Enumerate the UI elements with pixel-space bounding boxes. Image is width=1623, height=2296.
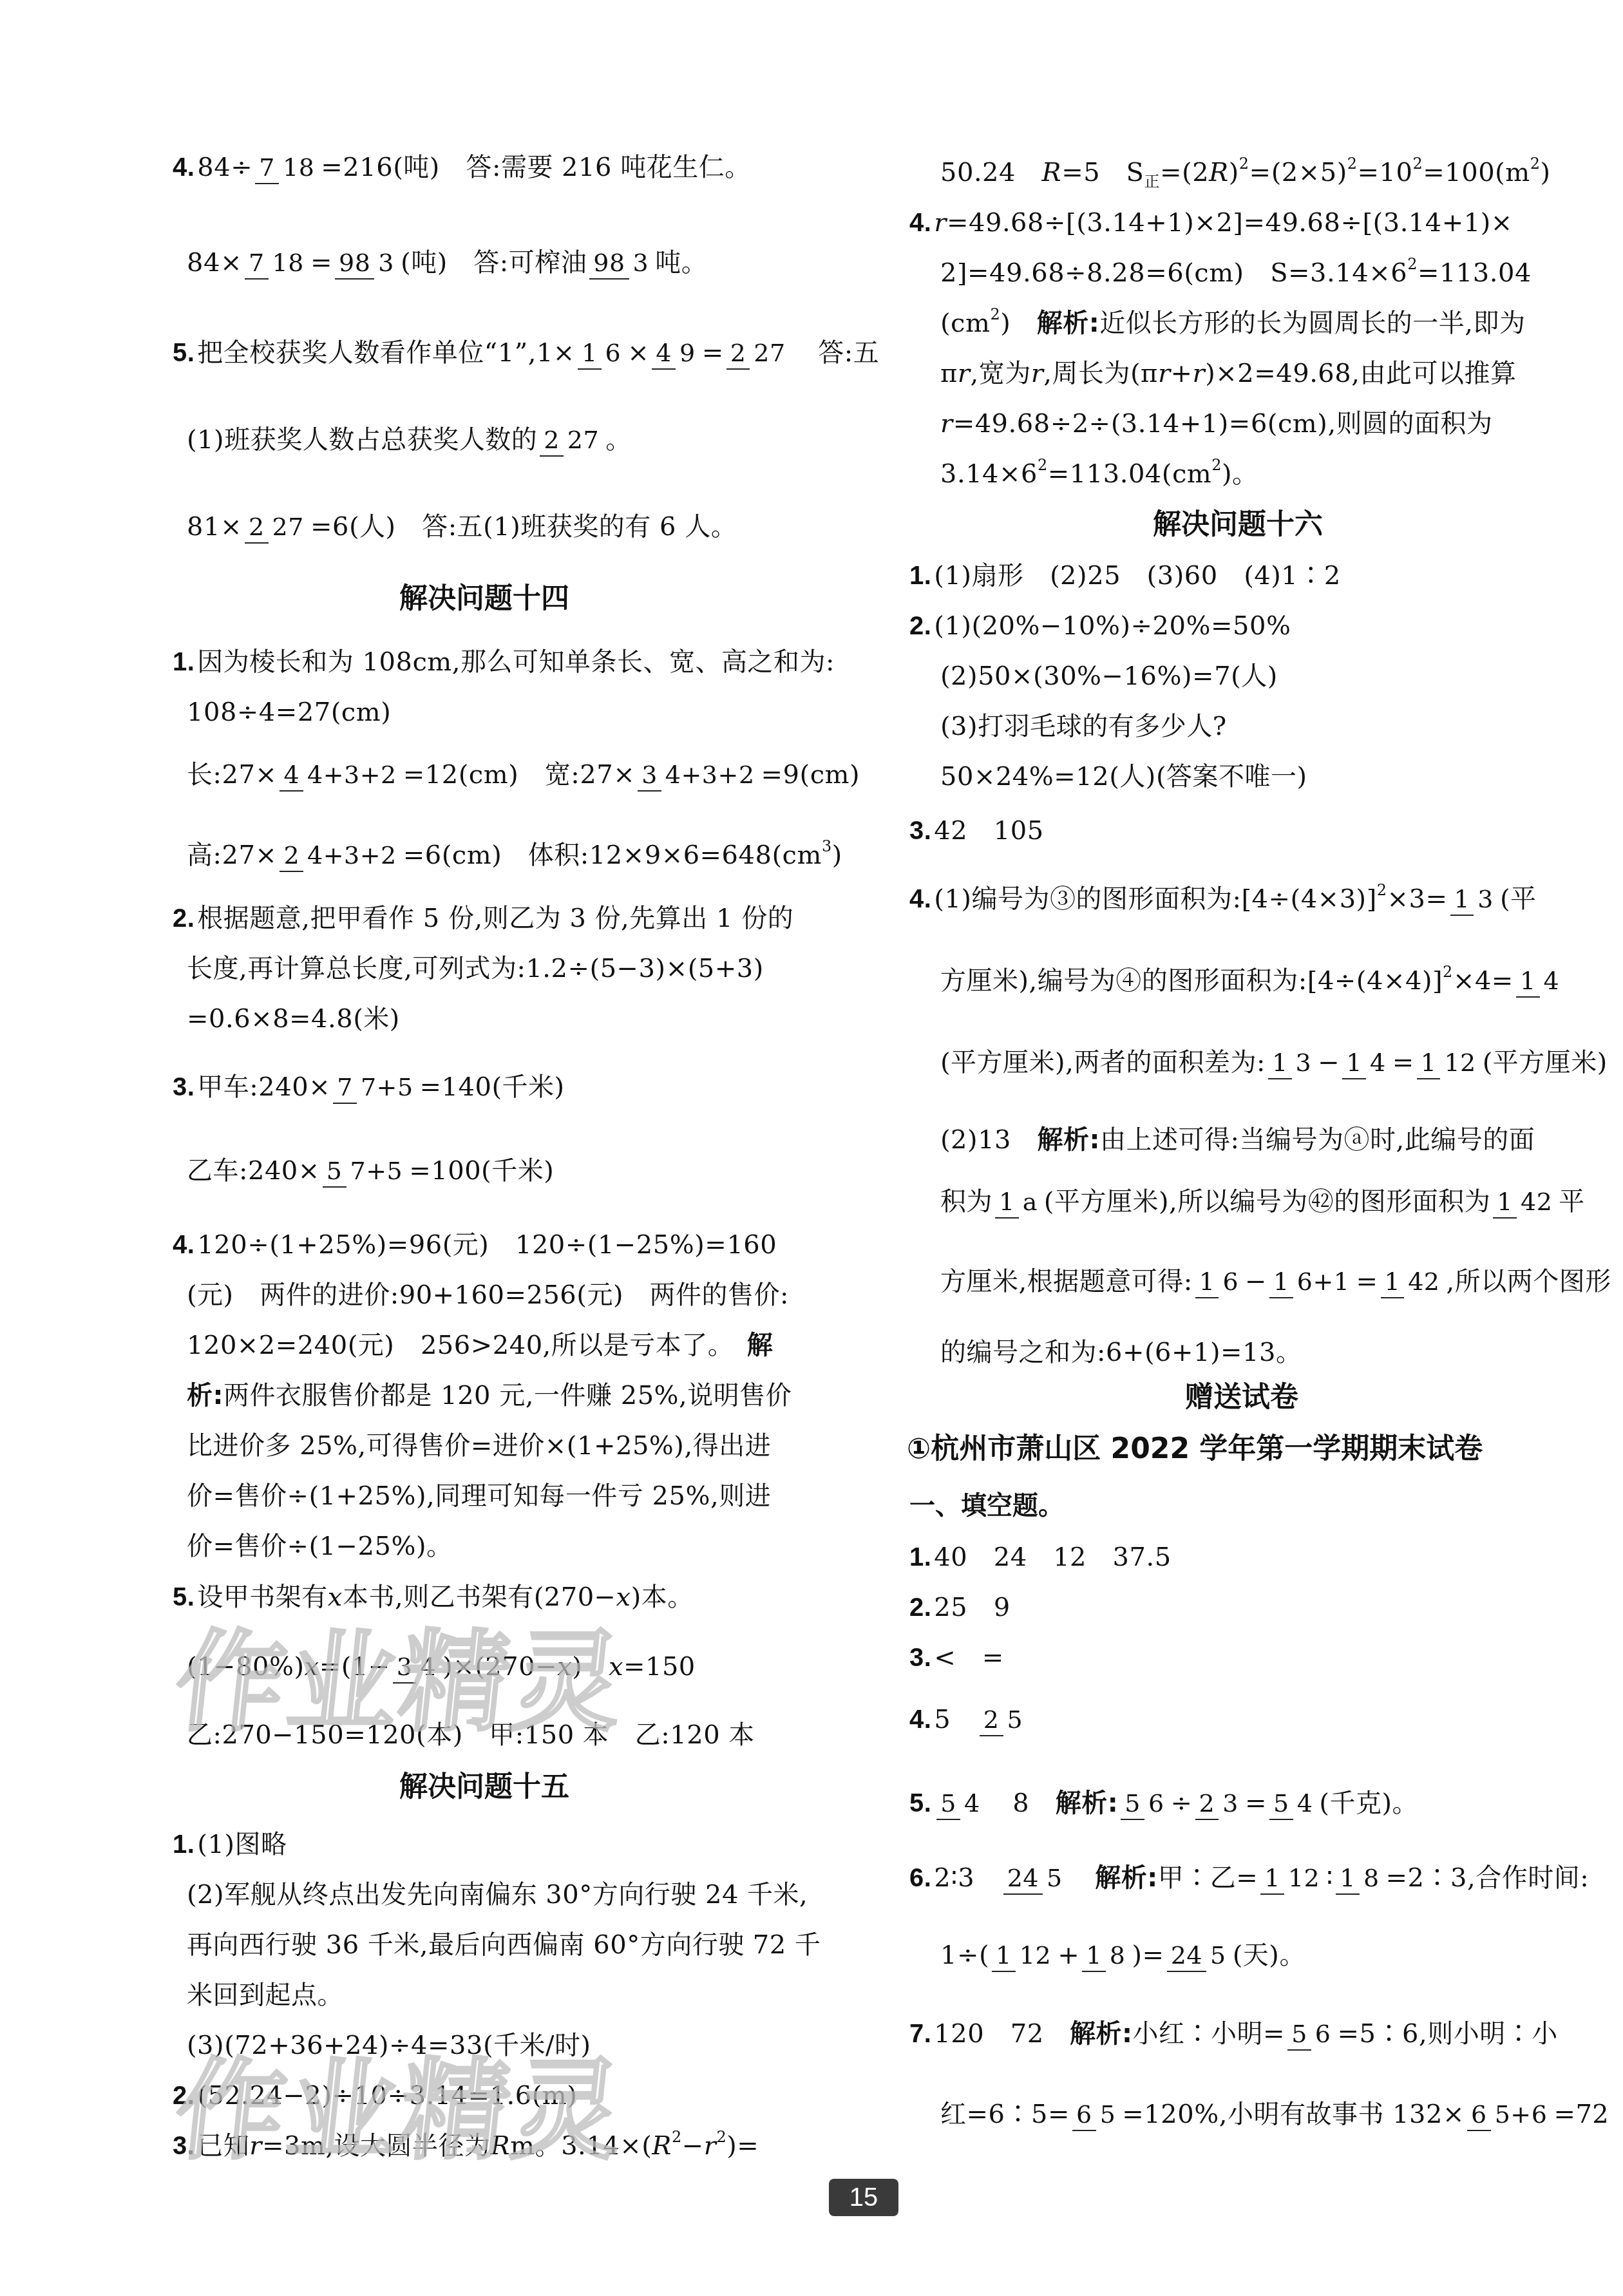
text-run: =12(cm) 宽:27× <box>403 757 635 793</box>
text-run: = <box>1245 1785 1267 1821</box>
text-run: 积为 <box>940 1184 992 1220</box>
text-run: )。 <box>1222 456 1258 492</box>
fraction-numerator: 6 <box>1467 2100 1491 2131</box>
fraction-denominator: 18 <box>269 247 308 277</box>
fraction-denominator: 8 <box>1360 1863 1383 1892</box>
math-variable: r <box>1193 356 1206 392</box>
item-number: 2. <box>909 1589 931 1626</box>
text-run: 108÷4=27(cm) <box>187 694 391 730</box>
answer-line: 方厘米),编号为④的图形面积为:[4÷(4×4)]2×4=14 <box>940 963 1566 999</box>
item-number: 2. <box>173 900 195 936</box>
text-run: 价=售价÷(1+25%),同理可知每一件亏 25%,则进 <box>187 1478 771 1514</box>
fraction-numerator: 1 <box>1381 1267 1405 1298</box>
answer-line: 2.25 9 <box>909 1589 1011 1626</box>
superscript: 2 <box>716 2119 726 2155</box>
answer-line: (1)班获奖人数占总获奖人数的227。 <box>187 422 632 458</box>
fraction-denominator: 27 <box>750 337 789 367</box>
superscript: 2 <box>1038 447 1048 483</box>
text-run: 5 <box>934 1702 976 1738</box>
answer-line: 4.r=49.68÷[(3.14+1)×2]=49.68÷[(3.14+1)× <box>909 205 1513 241</box>
text-run: 近似长方形的长为圆周长的一半,即为 <box>1099 305 1525 341</box>
fraction-numerator: 24 <box>1003 1864 1043 1895</box>
superscript: 2 <box>1211 447 1222 483</box>
fraction: 16+1 <box>1269 1267 1353 1296</box>
fraction: 112 <box>1417 1048 1480 1077</box>
fraction-denominator: 7+5 <box>346 1155 407 1185</box>
answer-line: 50×24%=12(人)(答案不唯一) <box>940 759 1307 795</box>
text-run: 因为棱长和为 108cm,那么可知单条长、宽、高之和为: <box>197 644 835 680</box>
fraction-denominator: 4+3+2 <box>303 759 401 789</box>
text-run: (天)。 <box>1233 1937 1305 1973</box>
fraction-numerator: 4 <box>280 761 303 792</box>
text-run: 由上述可得:当编号为ⓐ时,此编号的面 <box>1100 1122 1535 1158</box>
fraction-numerator: 2 <box>245 513 269 544</box>
fraction-denominator: 5 <box>1206 1940 1230 1969</box>
fraction: 14 <box>1342 1048 1389 1077</box>
fraction-numerator: 5 <box>1269 1789 1293 1820</box>
fraction-numerator: 5 <box>936 1789 960 1820</box>
fraction: 16 <box>1195 1267 1242 1296</box>
answer-key-page: 4.84÷718=216(吨) 答:需要 216 吨花生仁。84×718=983… <box>0 0 1623 2296</box>
fraction: 1a <box>995 1188 1041 1216</box>
fraction: 227 <box>540 426 603 454</box>
left-column: 4.84÷718=216(吨) 答:需要 216 吨花生仁。84×718=983… <box>0 0 844 2296</box>
answer-line: 1.因为棱长和为 108cm,那么可知单条长、宽、高之和为: <box>173 644 835 680</box>
answer-line: 长:27×44+3+2=12(cm) 宽:27×34+3+2=9(cm) <box>187 757 860 793</box>
watermark-top: 作业精灵 <box>169 1594 634 1752</box>
analysis-label: 解 <box>747 1327 774 1363</box>
fraction-numerator: 5 <box>1121 1789 1144 1820</box>
exam-title: ①杭州市萧山区 2022 学年第一学期期末试卷 <box>907 1430 1483 1468</box>
fraction-denominator: 27 <box>564 424 603 454</box>
text-run: =113.04 <box>1418 255 1532 291</box>
answer-line: 价=售价÷(1+25%),同理可知每一件亏 25%,则进 <box>187 1478 771 1514</box>
answer-line: 2.(1)(20%−10%)÷20%=50% <box>909 608 1291 644</box>
fraction: 57+5 <box>323 1157 406 1185</box>
fraction-numerator: 1 <box>992 1941 1016 1972</box>
answer-line: (2)军舰从终点出发先向南偏东 30°方向行驶 24 千米, <box>187 1877 808 1913</box>
text-run: + <box>1171 356 1193 392</box>
answer-line: 价=售价÷(1−25%)。 <box>187 1528 453 1564</box>
fraction: 13 <box>1268 1048 1315 1077</box>
item-number: 4. <box>909 205 931 241</box>
answer-line: =0.6×8=4.8(米) <box>187 1001 400 1037</box>
item-number: 1. <box>909 558 931 594</box>
analysis-label: 解析: <box>1056 1785 1119 1821</box>
fraction-denominator: 3 <box>1474 884 1497 913</box>
text-run: =150 <box>623 1649 696 1685</box>
text-run <box>1069 1860 1096 1896</box>
text-run: 84× <box>187 245 242 281</box>
fraction-denominator: 12 <box>1016 1940 1055 1969</box>
fraction: 44+3+2 <box>280 761 400 789</box>
fraction: 34+3+2 <box>638 761 758 789</box>
text-run: (平 <box>1500 881 1537 917</box>
text-run: = <box>1392 1045 1414 1081</box>
fraction-denominator: 9 <box>676 337 699 367</box>
fraction-denominator: 4+3+2 <box>303 840 401 869</box>
text-run: =120%,小明有故事书 132× <box>1122 2096 1465 2132</box>
analysis-label: 解析: <box>1070 2016 1133 2052</box>
text-run: (3)打羽毛球的有多少人? <box>940 708 1227 745</box>
fraction-denominator: 5+6 <box>1491 2099 1552 2129</box>
answer-line: 5.54 8 解析:56÷23=54(千克)。 <box>909 1785 1418 1821</box>
text-run: 高:27× <box>187 837 277 873</box>
fraction-denominator: 12 <box>1284 1863 1324 1892</box>
fraction-denominator: 6 <box>1219 1266 1242 1296</box>
text-run: 两件衣服售价都是 120 元,一件赚 25%,说明售价 <box>223 1378 792 1414</box>
fraction-numerator: 5 <box>1287 2020 1311 2051</box>
text-run: 50×24%=12(人)(答案不唯一) <box>940 759 1307 795</box>
text-run: ×3= <box>1387 881 1448 917</box>
section-heading: 解决问题十五 <box>399 1768 569 1807</box>
section-heading: 解决问题十四 <box>399 580 569 618</box>
answer-line: 120×2=240(元) 256>240,所以是亏本了。 解 <box>187 1327 773 1363</box>
answer-line: 84×718=983(吨) 答:可榨油983吨。 <box>187 245 707 281</box>
answer-line: (平方厘米),两者的面积差为:13−14=112(平方厘米) <box>940 1045 1608 1081</box>
item-number: 4. <box>173 149 195 185</box>
text-run: ) <box>1000 305 1037 341</box>
fraction-denominator: 4 <box>1366 1047 1390 1077</box>
fraction-numerator: 2 <box>280 841 303 872</box>
answer-line: 3.甲车:240×77+5=140(千米) <box>173 1069 565 1105</box>
fraction-denominator: 4 <box>1293 1788 1317 1817</box>
item-number: 3. <box>909 1640 931 1676</box>
text-run: ,所以两个图形 <box>1447 1264 1611 1300</box>
answer-line: 米回到起点。 <box>187 1977 343 2013</box>
text-run: ,宽为 <box>970 356 1030 392</box>
answer-line: 6.2∶3 245 解析:甲∶乙=112∶18=2∶3,合作时间: <box>909 1860 1589 1896</box>
fraction: 983 <box>589 249 652 277</box>
text-run: 根据题意,把甲看作 5 份,则乙为 3 份,先算出 1 份的 <box>197 900 793 936</box>
text-run: =6(人) 答:五(1)班获奖的有 6 人。 <box>310 509 737 545</box>
text-run: ) <box>832 837 842 873</box>
text-run: × <box>627 335 649 371</box>
text-run: 长:27× <box>187 757 277 793</box>
fraction-numerator: 2 <box>1195 1789 1219 1820</box>
fraction-numerator: 5 <box>323 1157 346 1188</box>
text-run: 120×2=240(元) 256>240,所以是亏本了。 <box>187 1327 747 1363</box>
item-number: 1. <box>173 644 195 680</box>
text-run: =(2×5) <box>1249 155 1347 191</box>
answer-line: (cm2) 解析:近似长方形的长为圆周长的一半,即为 <box>940 305 1526 341</box>
text-run: =49.68÷[(3.14+1)×2]=49.68÷[(3.14+1)× <box>947 205 1513 241</box>
math-variable: R <box>652 2128 672 2164</box>
text-run: 甲车:240× <box>197 1069 330 1105</box>
text-run: 120÷(1+25%)=96(元) 120÷(1−25%)=160 <box>197 1227 777 1263</box>
answer-line: 乙车:240×57+5=100(千米) <box>187 1153 554 1189</box>
text-run: =5 S <box>1061 155 1144 191</box>
text-run: =49.68÷2÷(3.14+1)=6(cm),则圆的面积为 <box>953 406 1493 442</box>
superscript: 2 <box>990 296 1000 332</box>
fraction-numerator: 1 <box>1493 1188 1517 1219</box>
text-run: (cm <box>940 305 990 341</box>
text-run: )= <box>1132 1937 1164 1973</box>
text-run: (2)军舰从终点出发先向南偏东 30°方向行驶 24 千米, <box>187 1877 808 1913</box>
text-run: =140(千米) <box>420 1069 565 1105</box>
fraction-numerator: 2 <box>540 426 564 457</box>
analysis-label: 解析: <box>1095 1860 1158 1896</box>
text-run: π <box>940 356 958 392</box>
answer-line: πr,宽为 r,周长为(πr+r)×2=49.68,由此可以推算 <box>940 356 1516 392</box>
answer-line: 1.(1)扇形 (2)25 (3)60 (4)1∶2 <box>909 558 1341 594</box>
text-run: (平方厘米),所以编号为㊷的图形面积为 <box>1044 1184 1490 1220</box>
fraction: 245 <box>1003 1864 1067 1892</box>
text-run: = <box>702 335 724 371</box>
fraction: 142 <box>1493 1188 1556 1216</box>
text-run: < = <box>934 1640 1004 1676</box>
answer-line: 2]=49.68÷8.28=6(cm) S=3.14×62=113.04 <box>940 255 1532 291</box>
text-run: 81× <box>187 509 242 545</box>
text-run: (1)编号为③的图形面积为:[4÷(4×3)] <box>934 881 1376 917</box>
fraction-numerator: 1 <box>1260 1864 1284 1895</box>
text-run: 米回到起点。 <box>187 1977 343 2013</box>
text-run: 8 <box>987 1785 1056 1821</box>
text-run: 平 <box>1559 1184 1585 1220</box>
item-number: 4. <box>173 1227 195 1263</box>
answer-line: 50.24 R=5 S正=(2R)2=(2×5)2=102=100(m2) <box>940 155 1551 191</box>
answer-line: (元) 两件的进价:90+160=256(元) 两件的售价: <box>187 1277 789 1313</box>
superscript: 2 <box>1239 146 1249 182</box>
fraction-numerator: 7 <box>245 249 269 280</box>
fraction: 65+6 <box>1467 2100 1551 2129</box>
fraction-numerator: 1 <box>1082 1941 1106 1972</box>
text-run: =72 <box>1553 2096 1609 2132</box>
math-variable: r <box>1158 356 1171 392</box>
fraction: 65 <box>1072 2100 1119 2129</box>
fraction-denominator: 4+3+2 <box>661 759 759 789</box>
text-run: =6(cm) 体积:12×9×6=648(cm <box>403 837 822 873</box>
fraction-denominator: 4 <box>960 1788 984 1817</box>
superscript: 2 <box>1412 146 1423 182</box>
fraction: 56 <box>1287 2020 1334 2048</box>
fraction-numerator: 1 <box>1417 1048 1441 1079</box>
text-run: ×4= <box>1453 963 1514 999</box>
text-run: (平方厘米) <box>1483 1045 1608 1081</box>
fraction: 142 <box>1381 1267 1444 1296</box>
text-run: 乙车:240× <box>187 1153 320 1189</box>
fraction: 112 <box>1260 1864 1324 1892</box>
item-number: 2. <box>909 608 931 644</box>
fraction-denominator: 8 <box>1106 1940 1130 1969</box>
fraction-numerator: 3 <box>638 761 661 792</box>
fraction: 983 <box>335 249 398 277</box>
text-run: (元) 两件的进价:90+160=256(元) 两件的售价: <box>187 1277 789 1313</box>
answer-line: 长度,再计算总长度,可列式为:1.2÷(5−3)×(5+3) <box>187 951 764 987</box>
fraction-numerator: 1 <box>1336 1864 1360 1895</box>
text-run: =100(m <box>1423 155 1530 191</box>
item-number: 4. <box>909 881 931 917</box>
fraction-denominator: 6 <box>1311 2018 1335 2048</box>
text-run: 2]=49.68÷8.28=6(cm) S=3.14×6 <box>940 255 1407 291</box>
math-variable: R <box>1042 155 1062 191</box>
answer-line: 1.40 24 12 37.5 <box>909 1539 1172 1575</box>
math-variable: r <box>934 205 947 241</box>
text-run: 方厘米,根据题意可得: <box>940 1264 1193 1300</box>
fraction: 54 <box>936 1789 983 1817</box>
fraction-denominator: 6 <box>1144 1788 1168 1817</box>
item-number: 5. <box>173 335 195 371</box>
text-run: )= <box>726 2128 759 2164</box>
fraction: 245 <box>1167 1941 1230 1969</box>
item-number: 1. <box>909 1539 931 1575</box>
answer-line: 析:两件衣服售价都是 120 元,一件赚 25%,说明售价 <box>187 1378 792 1414</box>
fraction-denominator: 27 <box>269 511 308 541</box>
text-run: 比进价多 25%,可得售价=进价×(1+25%),得出进 <box>187 1428 771 1464</box>
text-run: (1)班获奖人数占总获奖人数的 <box>187 422 537 458</box>
fraction-denominator: 5 <box>1003 1704 1027 1734</box>
answer-line: 81×227=6(人) 答:五(1)班获奖的有 6 人。 <box>187 509 737 545</box>
fraction-numerator: 7 <box>333 1073 357 1104</box>
superscript: 2 <box>1377 872 1387 908</box>
text-run: (1)图略 <box>197 1826 287 1863</box>
answer-line: 3.< = <box>909 1640 1004 1676</box>
answer-line: 7.120 72 解析:小红∶小明=56=5∶6,则小明∶小 <box>909 2016 1558 2052</box>
superscript: 2 <box>672 2119 682 2155</box>
text-run: ,周长为(π <box>1043 356 1158 392</box>
text-run: 3.14×6 <box>940 456 1038 492</box>
answer-line: 4.84÷718=216(吨) 答:需要 216 吨花生仁。 <box>173 149 751 185</box>
text-run: 红=6∶5= <box>940 2096 1070 2132</box>
text-run: 小红∶小明= <box>1133 2016 1286 2052</box>
fraction-numerator: 98 <box>335 249 374 280</box>
fraction-denominator: 4 <box>1540 965 1564 995</box>
section-heading: 解决问题十六 <box>1153 506 1323 544</box>
text-run: 吨。 <box>655 245 707 281</box>
text-run: 。 <box>605 422 632 458</box>
text-run: 甲∶乙= <box>1158 1860 1258 1896</box>
text-run: 长度,再计算总长度,可列式为:1.2÷(5−3)×(5+3) <box>187 951 764 987</box>
text-run: − <box>1318 1045 1340 1081</box>
text-run: 120 72 <box>934 2016 1070 2052</box>
fraction-denominator: 3 <box>1219 1788 1242 1817</box>
text-run: (吨) 答:可榨油 <box>401 245 587 281</box>
text-run: (1)扇形 (2)25 (3)60 (4)1∶2 <box>934 558 1340 594</box>
fraction: 13 <box>1450 885 1497 913</box>
analysis-label: 解析: <box>1038 1122 1101 1158</box>
text-run: 84÷ <box>197 149 252 185</box>
text-run: ÷ <box>1171 1785 1193 1821</box>
fraction-numerator: 1 <box>1195 1267 1219 1298</box>
answer-line: 1.(1)图略 <box>173 1826 287 1863</box>
text-run: =113.04(cm <box>1048 456 1211 492</box>
text-run: 的编号之和为:6+(6+1)=13。 <box>940 1334 1302 1371</box>
answer-line: 4.5 25 <box>909 1702 1029 1738</box>
answer-line: 4.(1)编号为③的图形面积为:[4÷(4×3)]2×3=13(平 <box>909 881 1537 917</box>
answer-line: 方厘米,根据题意可得:16−16+1=142,所以两个图形 <box>940 1264 1611 1300</box>
math-variable: R <box>1209 155 1229 191</box>
text-run: =(2 <box>1160 155 1209 191</box>
text-run: (2)13 <box>940 1122 1038 1158</box>
page-number-badge: 15 <box>829 2179 898 2216</box>
item-number: 7. <box>909 2016 931 2052</box>
answer-line: 红=6∶5=65=120%,小明有故事书 132×65+6=72 <box>940 2096 1609 2132</box>
fraction-denominator: 42 <box>1517 1186 1556 1216</box>
text-run: 25 9 <box>934 1589 1010 1626</box>
text-run: 40 24 12 37.5 <box>934 1539 1171 1575</box>
item-number: 3. <box>173 1069 195 1105</box>
item-number: 1. <box>173 1826 195 1863</box>
text-run: − <box>682 2128 704 2164</box>
fraction: 77+5 <box>333 1073 417 1101</box>
superscript: 2 <box>1443 954 1453 990</box>
fraction: 227 <box>245 513 308 541</box>
answer-line: (2)50×(30%−16%)=7(人) <box>940 658 1278 694</box>
fraction-denominator: 12 <box>1440 1047 1479 1077</box>
fraction-numerator: 24 <box>1167 1941 1206 1972</box>
text-run: (平方厘米),两者的面积差为: <box>940 1045 1266 1081</box>
fraction-denominator: 18 <box>279 152 318 182</box>
math-variable: r <box>704 2128 717 2164</box>
text-run: = <box>1356 1264 1378 1300</box>
answer-line: (3)打羽毛球的有多少人? <box>940 708 1227 745</box>
answer-line: 积为1a(平方厘米),所以编号为㊷的图形面积为142平 <box>940 1184 1585 1220</box>
fraction: 227 <box>726 339 790 367</box>
fraction-numerator: 1 <box>1268 1048 1292 1079</box>
answer-line: 4.120÷(1+25%)=96(元) 120÷(1−25%)=160 <box>173 1227 777 1263</box>
section-heading: 赠送试卷 <box>1185 1378 1298 1417</box>
answer-line: 3.14×62=113.04(cm2)。 <box>940 456 1258 492</box>
fraction: 14 <box>1516 967 1563 995</box>
answer-line: r=49.68÷2÷(3.14+1)=6(cm),则圆的面积为 <box>940 406 1493 442</box>
fraction-numerator: 7 <box>255 153 279 184</box>
fraction-denominator: 5 <box>1096 2099 1120 2129</box>
answer-line: 的编号之和为:6+(6+1)=13。 <box>940 1334 1302 1371</box>
text-run: 50.24 <box>940 155 1042 191</box>
text-run: =100(千米) <box>409 1153 554 1189</box>
text-run: (1)(20%−10%)÷20%=50% <box>934 608 1291 644</box>
text-run: ∶ <box>1326 1860 1333 1896</box>
fraction-numerator: 2 <box>980 1705 1003 1736</box>
answer-line: 高:27×24+3+2=6(cm) 体积:12×9×6=648(cm3) <box>187 837 842 873</box>
item-number: 5. <box>909 1785 931 1821</box>
fraction-denominator: 3 <box>374 247 398 277</box>
item-number: 4. <box>909 1702 931 1738</box>
text-run: 方厘米),编号为④的图形面积为:[4÷(4×4)] <box>940 963 1443 999</box>
fraction: 18 <box>1082 1941 1129 1969</box>
text-run: =0.6×8=4.8(米) <box>187 1001 400 1037</box>
fraction-denominator: 3 <box>629 247 653 277</box>
fraction-numerator: 1 <box>578 339 602 370</box>
fraction: 16 <box>578 339 625 367</box>
text-run: =5∶6,则小明∶小 <box>1338 2016 1558 2052</box>
fraction: 56 <box>1121 1789 1168 1817</box>
answer-line: 5.把全校获奖人数看作单位“1”,1×16×49=227 答:五 <box>173 335 879 371</box>
fraction-numerator: 1 <box>1269 1267 1293 1298</box>
text-run: )本。 <box>631 1579 694 1615</box>
text-run: = <box>310 245 332 281</box>
fraction-denominator: a <box>1019 1186 1041 1216</box>
text-run: =2∶3,合作时间: <box>1386 1860 1590 1896</box>
fraction-denominator: 5 <box>1043 1863 1067 1892</box>
answer-line: 3.42 105 <box>909 813 1044 849</box>
answer-line: 再向西行驶 36 千米,最后向西偏南 60°方向行驶 72 千 <box>187 1927 821 1963</box>
fraction-denominator: 6+1 <box>1293 1266 1354 1296</box>
section-label-fill-blanks: 一、填空题。 <box>909 1488 1064 1524</box>
text-run: =216(吨) 答:需要 216 吨花生仁。 <box>321 149 750 185</box>
text-run: 42 105 <box>934 813 1043 849</box>
subscript: 正 <box>1144 164 1161 200</box>
fraction-numerator: 1 <box>1450 885 1474 916</box>
superscript: 2 <box>1347 146 1358 182</box>
text-run: 价=售价÷(1−25%)。 <box>187 1528 453 1564</box>
fraction-denominator: 7+5 <box>357 1072 417 1101</box>
fraction: 25 <box>980 1705 1027 1734</box>
fraction: 718 <box>245 249 308 277</box>
text-run: − <box>1245 1264 1267 1300</box>
fraction-denominator: 6 <box>602 337 625 367</box>
fraction: 49 <box>652 339 699 367</box>
